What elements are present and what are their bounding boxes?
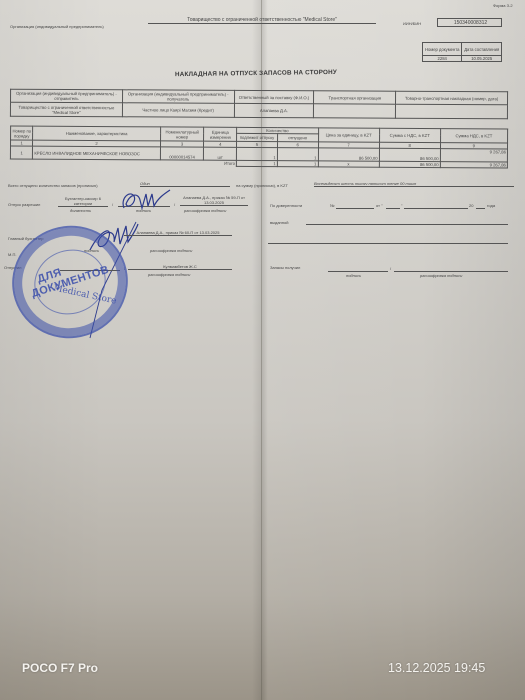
released-name-caption: расшифровка подписи — [148, 272, 190, 277]
sum-words-label: на сумму (прописью), в KZT — [236, 183, 288, 188]
release-position-caption: должность — [70, 208, 91, 213]
iin-box: 150340008312 — [437, 18, 502, 27]
row-nomenclature: 00000014574 — [160, 147, 204, 160]
release-position: Бухгалтер-кассир 6 категории — [58, 196, 108, 207]
photo-timestamp: 13.12.2025 19:45 — [388, 661, 485, 675]
chief-name-caption: расшифровка подписи — [150, 248, 192, 253]
col-to-release-header: подлежит отпуску — [237, 133, 278, 141]
device-watermark: POCO F7 Pro — [22, 661, 98, 675]
form-code: Форма З-2 — [493, 3, 513, 8]
doc-number-label: Номер документа — [423, 43, 462, 56]
page-title: НАКЛАДНАЯ НА ОТПУСК ЗАПАСОВ НА СТОРОНУ — [175, 69, 337, 78]
chief-name: Алапаева Д.А., приказ № 60-П от 13.03.20… — [124, 230, 232, 236]
poa-year-suffix: года — [487, 203, 495, 208]
row-sum-vat: 86 500,00 — [379, 148, 440, 161]
poa-number-field[interactable] — [336, 208, 374, 209]
row-qty-released: 1 — [277, 148, 318, 161]
poa-day-field[interactable] — [386, 208, 400, 209]
received-sign-field[interactable] — [328, 271, 388, 272]
issued-label: выданной — [270, 220, 288, 225]
poa-num-label: № — [330, 203, 334, 208]
release-name-caption: расшифровка подписи — [184, 208, 226, 213]
col-sum-header: Сумма с НДС, в KZT — [379, 128, 440, 142]
poa-from-label: от " — [376, 203, 383, 208]
released-name: Кулмамбетов Ж.С — [128, 264, 232, 270]
parties-table: Организация (индивидуальный предпринимат… — [10, 89, 508, 120]
poa-year-prefix: 20 — [469, 203, 473, 208]
row-num: 1 — [10, 146, 32, 159]
total-sum-vat: 86 500,00 — [379, 161, 440, 167]
poa-label: По доверенности — [270, 203, 302, 208]
qty-words: Один — [140, 181, 230, 187]
row-qty-to-release: 1 — [236, 147, 277, 160]
release-name: Алапаева Д.А., приказ № 59-П от 13.03.20… — [180, 195, 248, 206]
iin-label: ИИН/БИН — [403, 21, 421, 26]
waybill-header: Товарно-транспортная накладная (номер, д… — [396, 91, 508, 105]
org-name: Товарищество с ограниченной ответственно… — [148, 17, 376, 24]
qty-words-label: Всего отпущено количество запасов (пропи… — [8, 183, 98, 188]
org-label: Организация (индивидуальный предпринимат… — [10, 24, 104, 29]
col-name-header: Наименование, характеристика — [33, 126, 160, 141]
total-qty-released: 1 — [277, 161, 318, 167]
transport-header: Транспортная организация — [314, 91, 396, 104]
row-name: КРЕСЛО ИНВАЛИДНОЕ МЕХАНИЧЕСКОЕ НОВОЗОС — [33, 146, 160, 160]
total-qty-to-release: 1 — [236, 160, 277, 166]
col-vat-header: Сумма НДС, в KZT — [440, 129, 507, 143]
separator: / — [112, 202, 113, 207]
issued-field-line2[interactable] — [268, 243, 508, 244]
document-photo: Форма З-2 Организация (индивидуальный пр… — [0, 0, 525, 700]
col-num-header: Номер по порядку — [11, 126, 33, 140]
separator: / — [390, 266, 391, 271]
received-sign-caption: подпись — [346, 273, 361, 278]
items-table: Номер по порядку Наименование, характери… — [10, 125, 508, 168]
responsible-value: Алапаева Д.А. — [234, 103, 314, 117]
poa-year-field[interactable] — [476, 208, 485, 209]
col-nomenclature-header: Номенклатурный номер — [160, 127, 204, 141]
sum-words: Восемьдесят шесть тысяч пятьсот тенге 00… — [314, 181, 514, 187]
release-label: Отпуск разрешил — [8, 202, 40, 207]
doc-number-table: Номер документа Дата составления 2284 10… — [422, 42, 502, 62]
responsible-header: Ответственный за поставку (Ф.И.О.) — [234, 90, 314, 103]
total-price: x — [318, 161, 379, 167]
iin-value: 150340008312 — [438, 20, 503, 26]
total-vat: 9 267,86 — [440, 162, 507, 168]
row-vat: 9 267,86 — [440, 149, 507, 162]
transport-value — [314, 104, 396, 118]
row-unit: шт — [204, 147, 237, 160]
poa-quote: " — [401, 203, 402, 208]
received-name-field[interactable] — [394, 271, 508, 272]
received-name-caption: расшифровка подписи — [420, 273, 462, 278]
col-released-header: отпущено — [277, 134, 318, 142]
sender-header: Организация (индивидуальный предпринимат… — [11, 89, 123, 103]
total-label: Итого — [10, 159, 236, 166]
doc-number: 2284 — [423, 56, 462, 62]
row-price: 86 500,00 — [318, 148, 379, 161]
receiver-header: Организация (индивидуальный предпринимат… — [122, 90, 234, 104]
issued-field[interactable] — [306, 224, 508, 225]
receiver-value: Частное лицо Каирі Магзим (Кредит) — [122, 103, 234, 118]
poa-month-field[interactable] — [404, 208, 468, 209]
sender-value: Товарищество с ограниченной ответственно… — [10, 102, 122, 117]
col-price-header: Цена за единицу, в KZT — [318, 128, 379, 142]
doc-date: 10.05.2025 — [462, 56, 502, 62]
doc-date-label: Дата составления — [462, 43, 502, 56]
received-label: Запасы получил — [270, 265, 300, 270]
mp-label: М.П. — [8, 252, 16, 257]
col-unit-header: Единица измерения — [204, 127, 237, 141]
release-signature — [118, 188, 178, 214]
waybill-value — [396, 104, 508, 119]
